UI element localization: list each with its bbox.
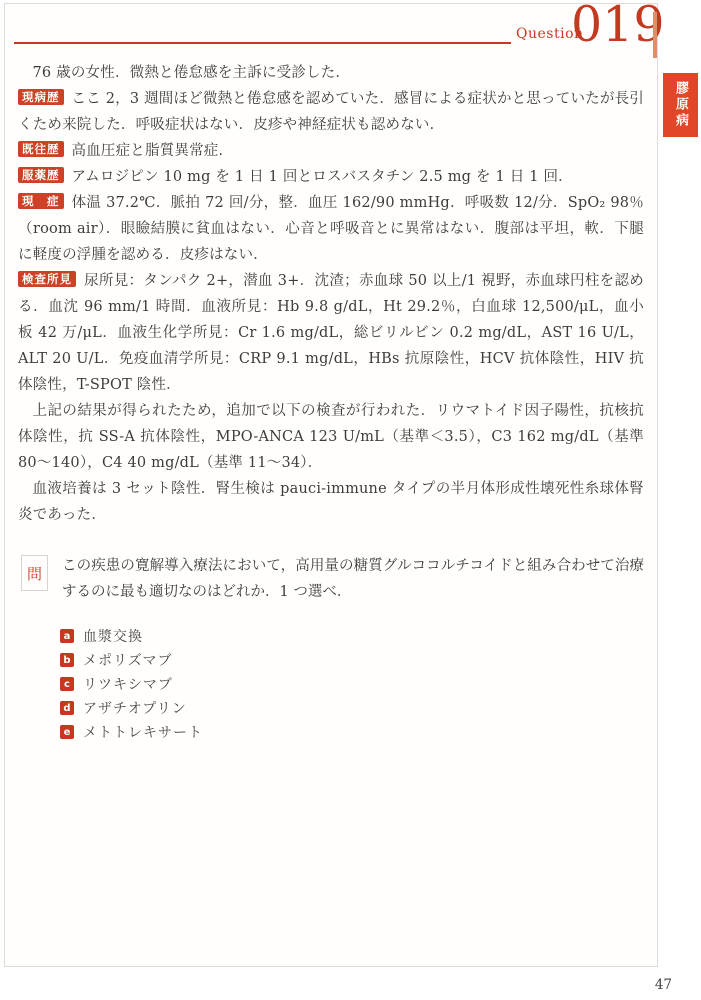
question-header: Question 019 xyxy=(5,4,657,54)
case-additional-1: 上記の結果が得られたため，追加で以下の検査が行われた．リウマトイド因子陽性，抗核… xyxy=(18,398,644,476)
question-page-card: Question 019 76 歳の女性．微熱と倦怠感を主訴に受診した． 現病歴… xyxy=(4,3,658,967)
section-text-findings: 尿所見：タンパク 2+，潜血 3+．沈渣；赤血球 50 以上/1 視野，赤血球円… xyxy=(18,273,644,393)
case-section-present: 現 症体温 37.2℃．脈拍 72 回/分，整．血圧 162/90 mmHg．呼… xyxy=(18,190,644,268)
choice-b-chip: b xyxy=(60,653,74,667)
chapter-tab: 膠原病 xyxy=(663,73,698,137)
section-text-medication: アムロジピン 10 mg を 1 日 1 回とロスバスタチン 2.5 mg を … xyxy=(72,169,573,185)
choice-d-chip: d xyxy=(60,701,74,715)
section-text-past: 高血圧症と脂質異常症． xyxy=(72,143,234,159)
choice-e: e メトトレキサート xyxy=(60,720,644,744)
choice-a: a 血漿交換 xyxy=(60,624,644,648)
choices-list: a 血漿交換 b メポリズマブ c リツキシマブ d アザチオプリン e メトト… xyxy=(60,624,644,744)
case-section-history: 現病歴ここ 2，3 週間ほど微熱と倦怠感を認めていた．感冒による症状かと思ってい… xyxy=(18,86,644,138)
choice-b-label: メポリズマブ xyxy=(83,650,172,670)
case-intro: 76 歳の女性．微熱と倦怠感を主訴に受診した． xyxy=(18,60,644,86)
choice-c: c リツキシマブ xyxy=(60,672,644,696)
choice-d: d アザチオプリン xyxy=(60,696,644,720)
section-label-past: 既往歴 xyxy=(18,141,64,157)
header-rule xyxy=(14,42,511,44)
page-number: 47 xyxy=(655,977,672,993)
section-label-history: 現病歴 xyxy=(18,89,64,105)
case-section-past: 既往歴高血圧症と脂質異常症． xyxy=(18,138,644,164)
case-content: 76 歳の女性．微熱と倦怠感を主訴に受診した． 現病歴ここ 2，3 週間ほど微熱… xyxy=(5,54,657,744)
chapter-tab-label: 膠原病 xyxy=(671,81,690,129)
section-text-present: 体温 37.2℃．脈拍 72 回/分，整．血圧 162/90 mmHg．呼吸数 … xyxy=(18,195,644,263)
choice-d-label: アザチオプリン xyxy=(83,698,187,718)
choice-c-label: リツキシマブ xyxy=(83,674,173,694)
choice-c-chip: c xyxy=(60,677,74,691)
question-number: 019 xyxy=(571,0,665,49)
choice-a-label: 血漿交換 xyxy=(83,626,143,646)
section-text-history: ここ 2，3 週間ほど微熱と倦怠感を認めていた．感冒による症状かと思っていたが長… xyxy=(18,91,644,133)
header-accent-bar xyxy=(653,12,657,58)
choice-b: b メポリズマブ xyxy=(60,648,644,672)
case-section-medication: 服薬歴アムロジピン 10 mg を 1 日 1 回とロスバスタチン 2.5 mg… xyxy=(18,164,644,190)
case-additional-2: 血液培養は 3 セット陰性．腎生検は pauci-immune タイプの半月体形… xyxy=(18,476,644,528)
choice-a-chip: a xyxy=(60,629,74,643)
case-section-findings: 検査所見尿所見：タンパク 2+，潜血 3+．沈渣；赤血球 50 以上/1 視野，… xyxy=(18,268,644,398)
question-block: 問 この疾患の寛解導入療法において，高用量の糖質グルココルチコイドと組み合わせて… xyxy=(21,553,644,605)
question-marker-box: 問 xyxy=(21,555,48,591)
choice-e-chip: e xyxy=(60,725,74,739)
section-label-medication: 服薬歴 xyxy=(18,167,64,183)
question-text: この疾患の寛解導入療法において，高用量の糖質グルココルチコイドと組み合わせて治療… xyxy=(62,553,644,605)
section-label-present: 現 症 xyxy=(18,193,64,209)
section-label-findings: 検査所見 xyxy=(18,271,76,287)
choice-e-label: メトトレキサート xyxy=(83,722,203,742)
